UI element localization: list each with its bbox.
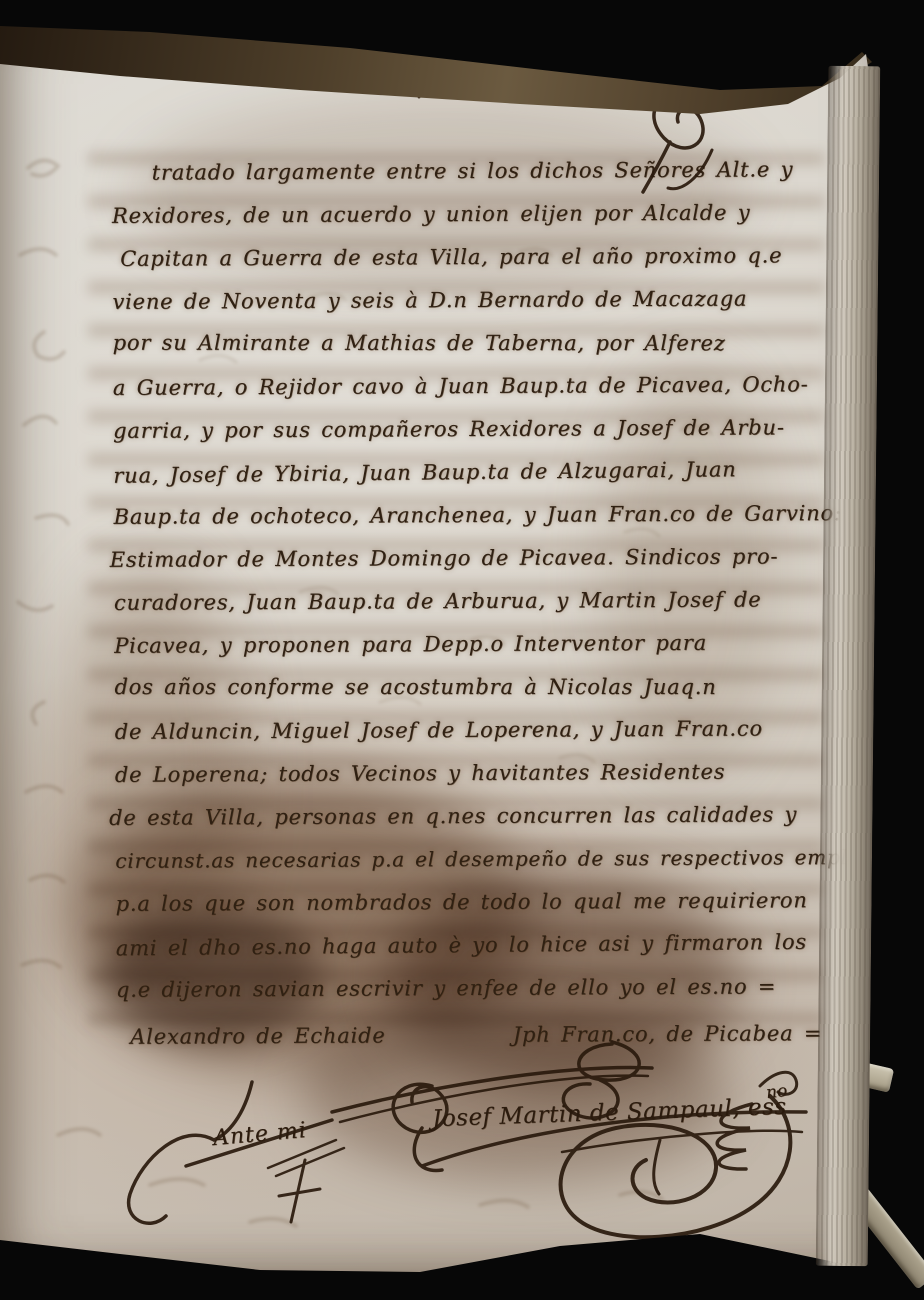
- manuscript-line: Rexidores, de un acuerdo y union elijen …: [112, 191, 824, 238]
- manuscript-line: p.a los que son nombrados de todo lo qua…: [115, 879, 827, 926]
- notary-superscript: no: [765, 1081, 788, 1103]
- ante-mi-label: Ante mi: [212, 1118, 308, 1151]
- manuscript-line: Capitan a Guerra de esta Villa, para el …: [120, 234, 824, 281]
- notary-signature: Josef Martin de Sampaul, ess: [432, 1094, 787, 1132]
- manuscript-line: por su Almirante a Mathias de Taberna, p…: [113, 322, 825, 366]
- manuscript-line: de Alduncin, Miguel Josef de Loperena, y…: [115, 707, 827, 754]
- manuscript-line: dos años conforme se acostumbra à Nicola…: [114, 666, 826, 709]
- witness-signature-1: Alexandro de Echaide: [130, 1014, 385, 1057]
- notary-name: Josef Martin de Sampaul,: [432, 1095, 741, 1132]
- manuscript-line: garria, y por sus compañeros Rexidores a…: [113, 406, 825, 453]
- manuscript-line: viene de Noventa y seis à D.n Bernardo d…: [112, 277, 824, 324]
- manuscript-line: a Guerra, o Rejidor cavo à Juan Baup.ta …: [113, 363, 825, 410]
- manuscript-line: curadores, Juan Baup.ta de Arburua, y Ma…: [114, 578, 826, 625]
- manuscript-line: tratado largamente entre si los dichos S…: [152, 148, 824, 195]
- photo-background: 209 tratado largamente entre si los dich…: [0, 0, 924, 1300]
- witness-signatures: Alexandro de Echaide Jph Fran.co, de Pic…: [116, 1012, 822, 1058]
- manuscript-line: de esta Villa, personas en q.nes concurr…: [109, 793, 827, 840]
- manuscript-line: Picavea, y proponen para Depp.o Interven…: [114, 621, 826, 668]
- manuscript-line: de Loperena; todos Vecinos y havitantes …: [115, 750, 827, 797]
- witness-signature-2: Jph Fran.co, de Picabea =: [513, 1012, 823, 1056]
- manuscript-line: circunst.as necesarias p.a el desempeño …: [115, 836, 827, 883]
- manuscript-page: 209 tratado largamente entre si los dich…: [0, 0, 924, 1300]
- manuscript-line: Estimador de Montes Domingo de Picavea. …: [110, 535, 826, 582]
- manuscript-line: ami el dho es.no haga auto è yo lo hice …: [116, 921, 828, 971]
- manuscript-line: q.e dijeron savian escrivir y enfee de e…: [116, 965, 828, 1012]
- manuscript-line: Baup.ta de ochoteco, Aranchenea, y Juan …: [113, 492, 825, 539]
- manuscript-text: tratado largamente entre si los dichos S…: [112, 148, 829, 1058]
- manuscript-line: rua, Josef de Ybiria, Juan Baup.ta de Al…: [113, 447, 825, 497]
